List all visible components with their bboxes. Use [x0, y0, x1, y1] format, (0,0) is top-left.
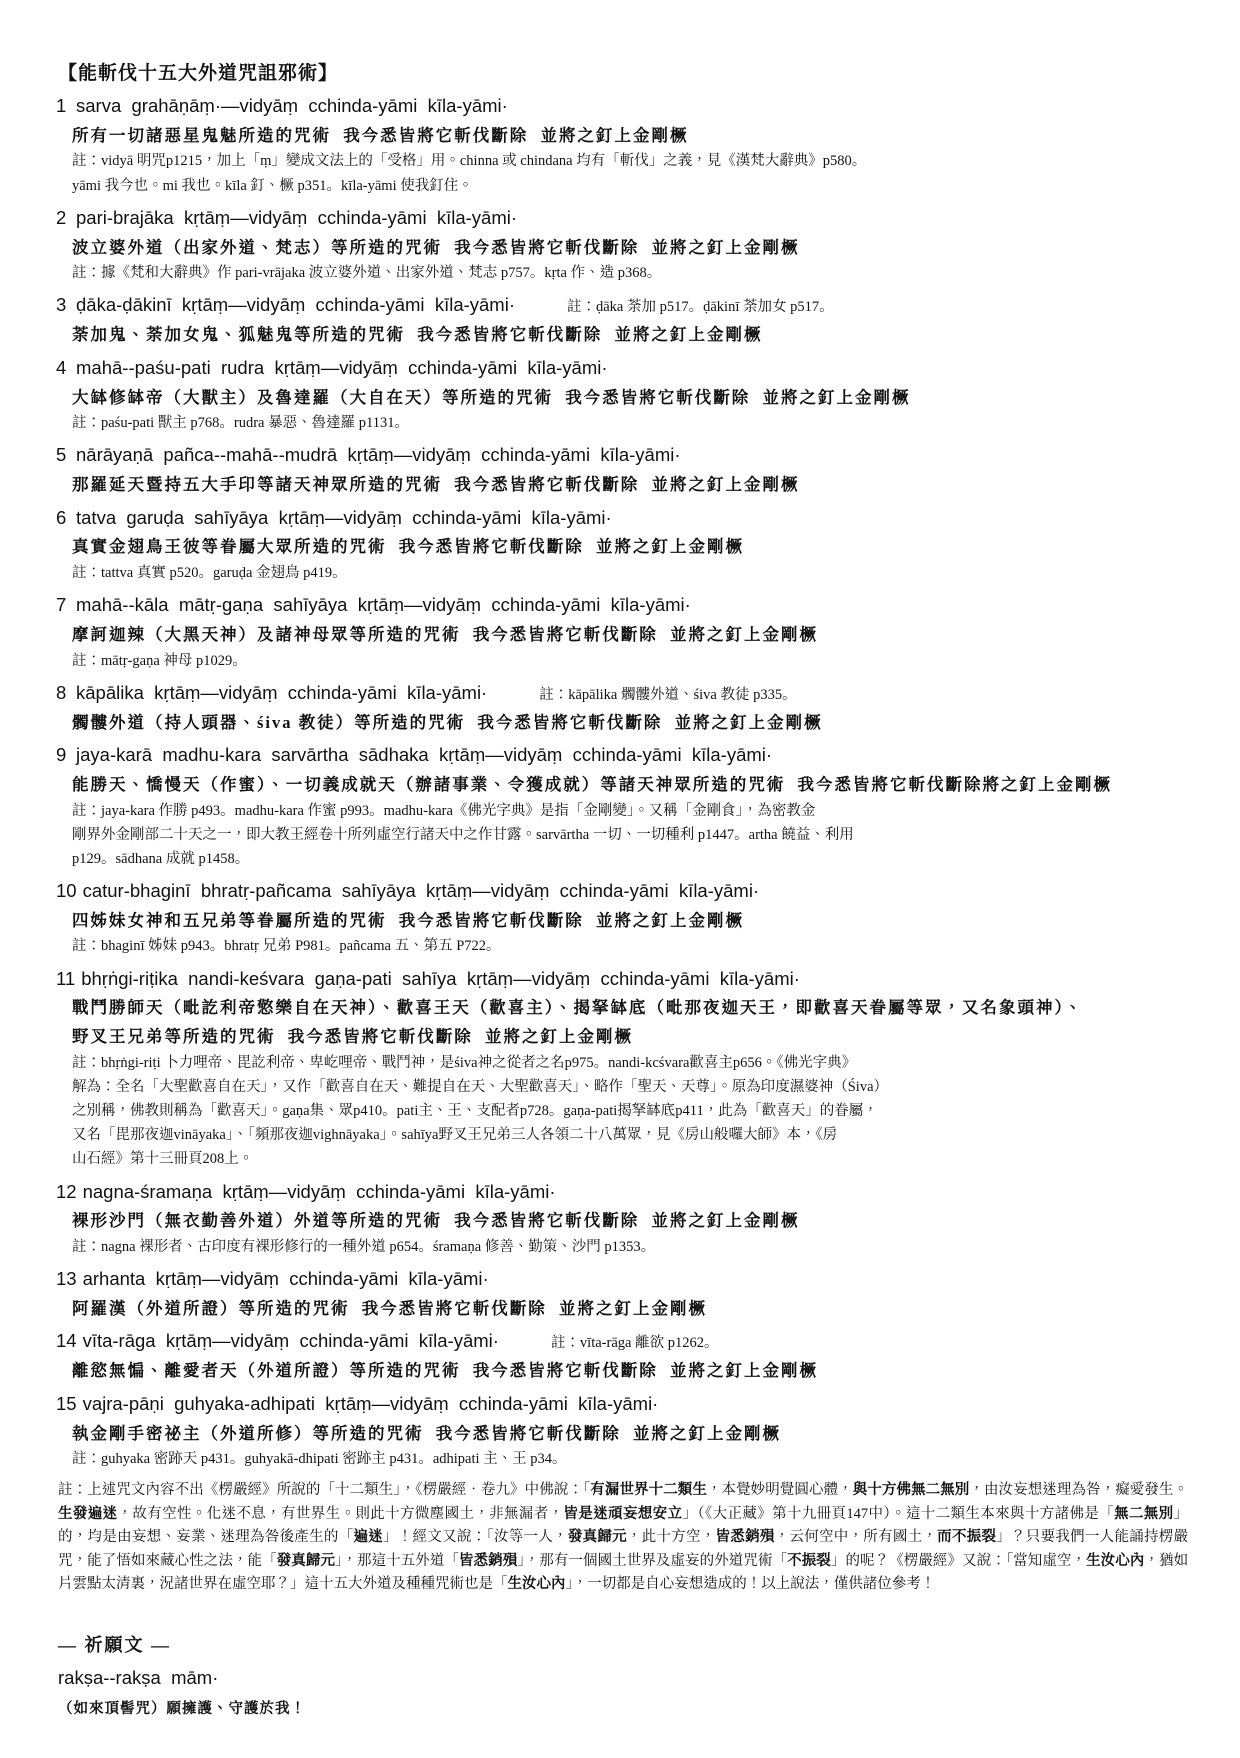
item-block: 5nārāyaṇā pañca--mahā--mudrā kṛtāṃ—vidyā…: [56, 442, 1188, 497]
closing-note-run: 皆悉銷殞: [716, 1529, 775, 1545]
closing-note-run: 生發遍迷: [58, 1506, 117, 1522]
sanskrit-text: bhṛṅgi-riṭika nandi-keśvara gaṇa-pati sa…: [81, 968, 800, 989]
item-block: 8kāpālika kṛtāṃ—vidyāṃ cchinda-yāmi kīla…: [56, 680, 1188, 735]
sanskrit-text: vajra-pāṇi guhyaka-adhipati kṛtāṃ—vidyāṃ…: [83, 1393, 659, 1414]
sanskrit-text: sarva grahāṇāṃ·—vidyāṃ cchinda-yāmi kīla…: [76, 95, 508, 116]
closing-note-run: 有漏世界十二類生: [590, 1482, 707, 1498]
closing-note-run: ，云何空中，所有國土，: [775, 1529, 938, 1545]
item-block: 7mahā--kāla mātṛ-gaṇa sahīyāya kṛtāṃ—vid…: [56, 592, 1188, 673]
item-block: 4mahā--paśu-pati rudra kṛtāṃ—vidyāṃ cchi…: [56, 355, 1188, 436]
chinese-translation: 執金剛手密祕主（外道所修）等所造的咒術 我今悉皆將它斬伐斷除 並將之釘上金剛橛: [72, 1421, 1188, 1447]
chinese-translation: 能勝天、憍慢天（作蜜）、一切義成就天（辦諸事業、令獲成就）等諸天神眾所造的咒術 …: [72, 772, 1188, 798]
item-block: 14vīta-rāga kṛtāṃ—vidyāṃ cchinda-yāmi kī…: [56, 1328, 1188, 1383]
sanskrit-line: 5nārāyaṇā pañca--mahā--mudrā kṛtāṃ—vidyā…: [56, 442, 1188, 469]
sanskrit-line: 14vīta-rāga kṛtāṃ—vidyāṃ cchinda-yāmi kī…: [56, 1328, 1188, 1355]
item-number: 2: [56, 205, 70, 232]
item-block: 12nagna-śramaṇa kṛtāṃ—vidyāṃ cchinda-yām…: [56, 1179, 1188, 1260]
closing-note: 註：上述咒文內容不出《楞嚴經》所說的「十二類生」，《楞嚴經‧卷九》中佛說：「有漏…: [58, 1479, 1188, 1596]
sanskrit-line: 8kāpālika kṛtāṃ—vidyāṃ cchinda-yāmi kīla…: [56, 680, 1188, 707]
closing-note-run: ，由汝妄想迷理為咎，癡愛發生。: [969, 1482, 1188, 1498]
item-number: 11: [56, 966, 75, 993]
sanskrit-text: ḍāka-ḍākinī kṛtāṃ—vidyāṃ cchinda-yāmi kī…: [76, 294, 515, 315]
inline-note: 註：vīta-rāga 離欲 p1262。: [551, 1335, 719, 1351]
sanskrit-line: 10catur-bhaginī bhratṛ-pañcama sahīyāya …: [56, 878, 1188, 905]
closing-note-run: 皆悉銷殞: [459, 1553, 517, 1569]
sanskrit-text: nārāyaṇā pañca--mahā--mudrā kṛtāṃ—vidyāṃ…: [76, 444, 681, 465]
closing-note-run: 而不振裂: [937, 1529, 996, 1545]
note-line: 之別稱，佛教則稱為「歡喜天」。gaṇa集、眾p410。pati主、王、支配者p7…: [72, 1100, 1188, 1123]
sanskrit-line: 9jaya-karā madhu-kara sarvārtha sādhaka …: [56, 742, 1188, 769]
sanskrit-line: 12nagna-śramaṇa kṛtāṃ—vidyāṃ cchinda-yām…: [56, 1179, 1188, 1206]
chinese-translation: 波立婆外道（出家外道、梵志）等所造的咒術 我今悉皆將它斬伐斷除 並將之釘上金剛橛: [72, 235, 1188, 261]
page-title: 【能斬伐十五大外道咒詛邪術】: [58, 58, 1188, 85]
prayer-sanskrit: rakṣa--rakṣa mām·: [58, 1667, 1188, 1689]
closing-note-run: 無二無別: [1114, 1506, 1173, 1522]
sanskrit-line: 1sarva grahāṇāṃ·—vidyāṃ cchinda-yāmi kīl…: [56, 93, 1188, 120]
note-line: 剛界外金剛部二十天之一，即大教王經卷十所列虛空行諸天中之作甘露。sarvārth…: [72, 824, 1188, 847]
closing-note-run: 遍迷: [353, 1529, 383, 1545]
note-line: 山石經》第十三冊頁208上。: [72, 1148, 1188, 1171]
sanskrit-line: 6tatva garuḍa sahīyāya kṛtāṃ—vidyāṃ cchi…: [56, 505, 1188, 532]
closing-note-run: 發真歸元: [277, 1553, 335, 1569]
item-block: 10catur-bhaginī bhratṛ-pañcama sahīyāya …: [56, 878, 1188, 959]
item-block: 9jaya-karā madhu-kara sarvārtha sādhaka …: [56, 742, 1188, 871]
chinese-translation: 裸形沙門（無衣勤善外道）外道等所造的咒術 我今悉皆將它斬伐斷除 並將之釘上金剛橛: [72, 1208, 1188, 1234]
closing-note-run: 」的呢？《楞嚴經》又說：「當知虛空，: [831, 1553, 1086, 1569]
item-number: 13: [56, 1266, 77, 1293]
closing-note-run: 生汝心內: [508, 1576, 566, 1592]
item-number: 1: [56, 93, 70, 120]
sanskrit-line: 4mahā--paśu-pati rudra kṛtāṃ—vidyāṃ cchi…: [56, 355, 1188, 382]
item-number: 4: [56, 355, 70, 382]
note-line: 註：nagna 裸形者、古印度有裸形修行的一種外道 p654。śramaṇa 修…: [72, 1236, 1188, 1259]
closing-note-run: 」，那這十五外道「: [335, 1553, 459, 1569]
item-number: 10: [56, 878, 77, 905]
chinese-translation: 摩訶迦辣（大黑天神）及諸神母眾等所造的咒術 我今悉皆將它斬伐斷除 並將之釘上金剛…: [72, 622, 1188, 648]
closing-note-run: 不振裂: [787, 1553, 831, 1569]
sanskrit-line: 7mahā--kāla mātṛ-gaṇa sahīyāya kṛtāṃ—vid…: [56, 592, 1188, 619]
chinese-translation: 阿羅漢（外道所證）等所造的咒術 我今悉皆將它斬伐斷除 並將之釘上金剛橛: [72, 1296, 1188, 1322]
note-line: 註：paśu-pati 獸主 p768。rudra 暴惡、魯達羅 p1131。: [72, 412, 1188, 435]
chinese-translation: 四姊妹女神和五兄弟等眷屬所造的咒術 我今悉皆將它斬伐斷除 並將之釘上金剛橛: [72, 908, 1188, 934]
note-line: p129。sādhana 成就 p1458。: [72, 848, 1188, 871]
item-block: 11bhṛṅgi-riṭika nandi-keśvara gaṇa-pati …: [56, 966, 1188, 1172]
closing-note-run: ，此十方空，: [627, 1529, 716, 1545]
closing-note-run: ，故有空性。化迷不息，有世界生。則此十方微塵國土，非無漏者，: [117, 1506, 563, 1522]
closing-note-run: 註：上述咒文內容不出《楞嚴經》所說的「十二類生」，《楞嚴經‧卷九》中佛說：「: [58, 1482, 590, 1498]
closing-note-run: 皆是迷頑妄想安立: [564, 1506, 683, 1522]
item-block: 13arhanta kṛtāṃ—vidyāṃ cchinda-yāmi kīla…: [56, 1266, 1188, 1321]
sanskrit-text: arhanta kṛtāṃ—vidyāṃ cchinda-yāmi kīla-y…: [83, 1268, 489, 1289]
sanskrit-text: jaya-karā madhu-kara sarvārtha sādhaka k…: [76, 744, 772, 765]
sanskrit-line: 2pari-brajāka kṛtāṃ—vidyāṃ cchinda-yāmi …: [56, 205, 1188, 232]
chinese-translation: 那羅延天暨持五大手印等諸天神眾所造的咒術 我今悉皆將它斬伐斷除 並將之釘上金剛橛: [72, 472, 1188, 498]
sanskrit-line: 15vajra-pāṇi guhyaka-adhipati kṛtāṃ—vidy…: [56, 1391, 1188, 1418]
document-page: 【能斬伐十五大外道咒詛邪術】 1sarva grahāṇāṃ·—vidyāṃ c…: [0, 0, 1240, 1758]
prayer-heading: — 祈願文 —: [58, 1631, 1188, 1657]
item-number: 12: [56, 1179, 77, 1206]
closing-note-run: 」，一切都是自心妄想造成的！以上說法，僅供諸位參考！: [566, 1576, 936, 1592]
chinese-translation: 大缽修缽帝（大獸主）及魯達羅（大自在天）等所造的咒術 我今悉皆將它斬伐斷除 並將…: [72, 385, 1188, 411]
sanskrit-text: vīta-rāga kṛtāṃ—vidyāṃ cchinda-yāmi kīla…: [83, 1330, 499, 1351]
chinese-translation: 髑髏外道（持人頭器、śiva 教徒）等所造的咒術 我今悉皆將它斬伐斷除 並將之釘…: [72, 710, 1188, 736]
item-number: 3: [56, 292, 70, 319]
sanskrit-text: kāpālika kṛtāṃ—vidyāṃ cchinda-yāmi kīla-…: [76, 682, 487, 703]
sanskrit-line: 3ḍāka-ḍākinī kṛtāṃ—vidyāṃ cchinda-yāmi k…: [56, 292, 1188, 319]
closing-note-run: 生汝心內: [1086, 1553, 1144, 1569]
note-line: 解為：全名「大聖歡喜自在天」，又作「歡喜自在天、難提自在天、大聖歡喜天」、略作「…: [72, 1076, 1188, 1099]
chinese-translation: 真實金翅鳥王彼等眷屬大眾所造的咒術 我今悉皆將它斬伐斷除 並將之釘上金剛橛: [72, 534, 1188, 560]
closing-note-run: 與十方佛無二無別: [853, 1482, 970, 1498]
inline-note: 註：kāpālika 髑髏外道、śiva 教徒 p335。: [539, 687, 796, 703]
item-number: 8: [56, 680, 70, 707]
closing-note-run: 」，那有一個國土世界及虛妄的外道咒術「: [517, 1553, 787, 1569]
item-number: 6: [56, 505, 70, 532]
item-number: 7: [56, 592, 70, 619]
note-line: 註：vidyā 明咒p1215，加上「ṃ」變成文法上的「受格」用。chinna …: [72, 150, 1188, 173]
closing-note-run: 發真歸元: [568, 1529, 627, 1545]
closing-note-run: ，本覺妙明覺圓心體，: [707, 1482, 853, 1498]
sanskrit-text: nagna-śramaṇa kṛtāṃ—vidyāṃ cchinda-yāmi …: [83, 1181, 556, 1202]
inline-note: 註：ḍāka 荼加 p517。ḍākinī 荼加女 p517。: [567, 299, 834, 315]
chinese-translation: 離慾無惼、離愛者天（外道所證）等所造的咒術 我今悉皆將它斬伐斷除 並將之釘上金剛…: [72, 1358, 1188, 1384]
item-block: 15vajra-pāṇi guhyaka-adhipati kṛtāṃ—vidy…: [56, 1391, 1188, 1472]
note-line: 註：mātṛ-gaṇa 神母 p1029。: [72, 650, 1188, 673]
note-line: 註：據《梵和大辭典》作 pari-vrājaka 波立婆外道、出家外道、梵志 p…: [72, 262, 1188, 285]
sanskrit-line: 13arhanta kṛtāṃ—vidyāṃ cchinda-yāmi kīla…: [56, 1266, 1188, 1293]
prayer-section: — 祈願文 — rakṣa--rakṣa mām· （如來頂髻咒）願擁護、守護於…: [56, 1631, 1188, 1718]
note-line: 註：bhṛṅgi-riṭi 卜力哩帝、毘訖利帝、卑屹哩帝、戰鬥神，是śiva神之…: [72, 1052, 1188, 1075]
items-container: 1sarva grahāṇāṃ·—vidyāṃ cchinda-yāmi kīl…: [56, 93, 1188, 1471]
closing-note-run: 」（《大正藏》第十九冊頁147中）。這十二類生本來與十方諸佛是「: [683, 1506, 1115, 1522]
sanskrit-line: 11bhṛṅgi-riṭika nandi-keśvara gaṇa-pati …: [56, 966, 1188, 993]
item-block: 1sarva grahāṇāṃ·—vidyāṃ cchinda-yāmi kīl…: [56, 93, 1188, 198]
sanskrit-text: pari-brajāka kṛtāṃ—vidyāṃ cchinda-yāmi k…: [76, 207, 517, 228]
note-line: 註：bhaginī 姊妹 p943。bhratṛ 兄弟 P981。pañcama…: [72, 935, 1188, 958]
prayer-chinese: （如來頂髻咒）願擁護、守護於我！: [58, 1697, 1188, 1718]
item-block: 6tatva garuḍa sahīyāya kṛtāṃ—vidyāṃ cchi…: [56, 505, 1188, 586]
chinese-translation: 荼加鬼、荼加女鬼、狐魅鬼等所造的咒術 我今悉皆將它斬伐斷除 並將之釘上金剛橛: [72, 322, 1188, 348]
note-line: 註：jaya-kara 作勝 p493。madhu-kara 作蜜 p993。m…: [72, 800, 1188, 823]
item-number: 14: [56, 1328, 77, 1355]
note-line: 又名「毘那夜迦vināyaka」、「頻那夜迦vighnāyaka」。sahīya…: [72, 1124, 1188, 1147]
item-number: 5: [56, 442, 70, 469]
item-block: 2pari-brajāka kṛtāṃ—vidyāṃ cchinda-yāmi …: [56, 205, 1188, 286]
note-line: 註：guhyaka 密跡天 p431。guhyakā-dhipati 密跡主 p…: [72, 1448, 1188, 1471]
sanskrit-text: catur-bhaginī bhratṛ-pañcama sahīyāya kṛ…: [83, 880, 760, 901]
note-line: 註：tattva 真實 p520。garuḍa 金翅鳥 p419。: [72, 562, 1188, 585]
chinese-translation: 所有一切諸惡星鬼魅所造的咒術 我今悉皆將它斬伐斷除 並將之釘上金剛橛: [72, 123, 1188, 149]
chinese-translation: 野叉王兄弟等所造的咒術 我今悉皆將它斬伐斷除 並將之釘上金剛橛: [72, 1024, 1188, 1050]
item-block: 3ḍāka-ḍākinī kṛtāṃ—vidyāṃ cchinda-yāmi k…: [56, 292, 1188, 347]
sanskrit-text: mahā--paśu-pati rudra kṛtāṃ—vidyāṃ cchin…: [76, 357, 608, 378]
chinese-translation: 戰鬥勝師天（毗訖利帝憼樂自在天神）、歡喜王天（歡喜主）、揭拏缽底（毗那夜迦天王，…: [72, 995, 1188, 1021]
note-line: yāmi 我今也。mi 我也。kīla 釘、橛 p351。kīla-yāmi 使…: [72, 175, 1188, 198]
sanskrit-text: mahā--kāla mātṛ-gaṇa sahīyāya kṛtāṃ—vidy…: [76, 594, 691, 615]
closing-note-run: 」！經文又說：「汝等一人，: [383, 1529, 568, 1545]
sanskrit-text: tatva garuḍa sahīyāya kṛtāṃ—vidyāṃ cchin…: [76, 507, 612, 528]
item-number: 9: [56, 742, 70, 769]
item-number: 15: [56, 1391, 77, 1418]
